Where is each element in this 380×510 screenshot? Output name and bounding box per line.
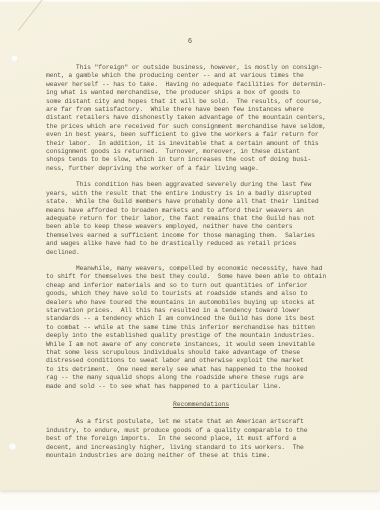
paragraph-weavers-necessity: Meanwhile, many weavers, compelled by ec… [46, 265, 356, 391]
page-number: 6 [0, 38, 380, 46]
document-page: 6 This "foreign" or outside business, ho… [0, 2, 380, 490]
section-heading-recommendations: Recommendations [46, 401, 356, 409]
page-text: This "foreign" or outside business, howe… [46, 64, 356, 468]
paragraph-condition-aggravated: This condition has been aggravated sever… [46, 181, 356, 257]
punch-hole-bottom [8, 442, 17, 451]
paper-crease [18, 0, 62, 31]
punch-hole-top [10, 54, 19, 63]
paragraph-first-postulate: As a first postulate, let me state that … [46, 418, 356, 460]
paragraph-consignment: This "foreign" or outside business, howe… [46, 64, 356, 173]
